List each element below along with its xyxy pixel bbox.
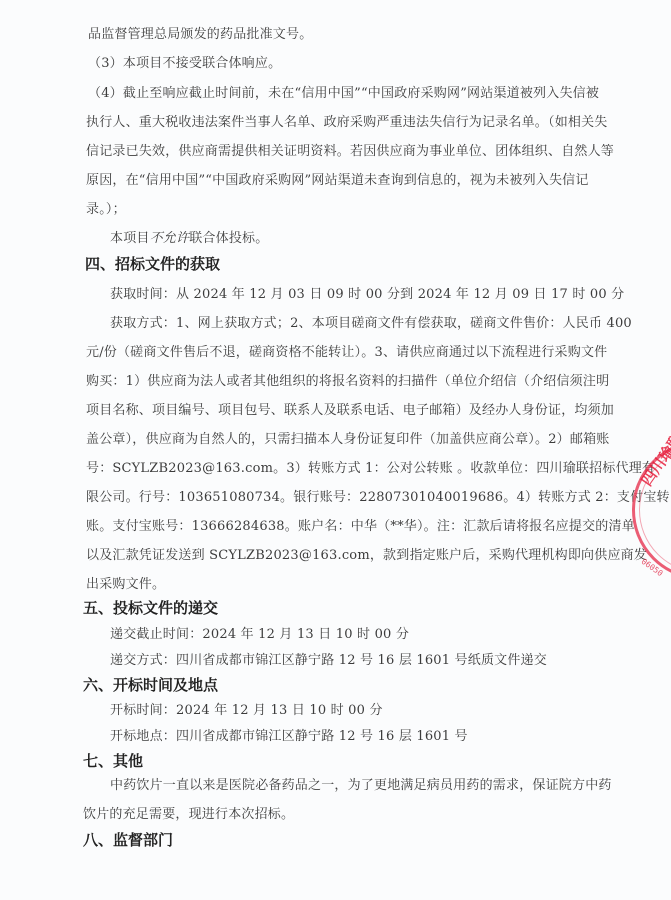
acquisition-method-line: 购买：1）供应商为法人或者其他组织的将报名资料的扫描件（单位介绍信（介绍信须注明 [86,374,609,390]
acquisition-method-line: 项目名称、项目编号、项目包号、联系人及联系电话、电子邮箱）及经办人身份证，均须加 [86,403,614,419]
section-7-heading: 七、其他 [83,752,143,770]
consortium-note-emphasis: 不允许 [150,231,190,246]
document-page: 品监督管理总局颁发的药品批准文号。 （3）本项目不接受联合体响应。 （4）截止至… [0,0,671,900]
acquisition-method-line: 以及汇款凭证发送到 SCYLZB2023@163.com，款到指定账户后，采购代… [86,548,647,564]
submission-deadline: 递交截止时间：2024 年 12 月 13 日 10 时 00 分 [110,627,409,643]
paragraph-line: 录。）； [86,202,126,218]
acquisition-method-line: 号：SCYLZB2023@163.com。3）转账方式 1：公对公转账 。收款单… [86,461,655,477]
paragraph-line: 原因，在“信用中国”“中国政府采购网”网站渠道未查询到信息的，视为未被列入失信记 [86,173,589,189]
opening-place: 开标地点：四川省成都市锦江区静宁路 12 号 16 层 1601 号 [110,729,468,745]
section-4-heading: 四、招标文件的获取 [85,255,220,273]
paragraph-line: 执行人、重大税收违法案件当事人名单、政府采购严重违法失信行为记录名单。（如相关失 [86,115,608,131]
paragraph-line: （3）本项目不接受联合体响应。 [88,56,281,72]
paragraph-line: 信记录已失效，供应商需提供相关证明资料。若因供应商为事业单位、团体组织、自然人等 [86,144,614,160]
consortium-note-prefix: 本项目 [110,231,150,246]
acquisition-method-line: 盖公章），供应商为自然人的，只需扫描本人身份证复印件（加盖供应商公章）。2）邮箱… [86,432,609,448]
submission-method: 递交方式：四川省成都市锦江区静宁路 12 号 16 层 1601 号纸质文件递交 [110,653,547,669]
other-paragraph-line: 饮片的充足需要，现进行本次招标。 [83,807,294,823]
consortium-note-suffix: 联合体投标。 [189,231,268,246]
paragraph-line: （4）截止至响应截止时间前，未在“信用中国”“中国政府采购网”网站渠道被列入失信… [88,86,599,102]
acquisition-method-line: 出采购文件。 [86,577,165,593]
acquisition-method-line: 元/份（磋商文件售后不退，磋商资格不能转让）。3、请供应商通过以下流程进行采购文… [86,345,607,361]
paragraph-line: 品监督管理总局颁发的药品批准文号。 [88,27,312,43]
other-paragraph-line: 中药饮片一直以来是医院必备药品之一，为了更地满足病员用药的需求，保证院方中药 [110,778,612,794]
opening-time: 开标时间：2024 年 12 月 13 日 10 时 00 分 [110,703,383,719]
acquisition-time: 获取时间：从 2024 年 12 月 03 日 09 时 00 分到 2024 … [110,287,624,303]
section-5-heading: 五、投标文件的递交 [83,599,218,617]
consortium-note: 本项目不允许联合体投标。 [110,231,268,247]
acquisition-method-line: 账。支付宝账号：13666284638。账户名：中华（**华）。注：汇款后请将报… [86,519,635,535]
section-6-heading: 六、开标时间及地点 [83,676,218,694]
acquisition-method-line: 限公司。行号：103651080734。银行账号：228073010400196… [86,490,670,506]
section-8-heading: 八、监督部门 [83,831,173,849]
acquisition-method-line: 获取方式：1、网上获取方式；2、本项目磋商文件有偿获取，磋商文件售价：人民币 4… [110,316,632,332]
